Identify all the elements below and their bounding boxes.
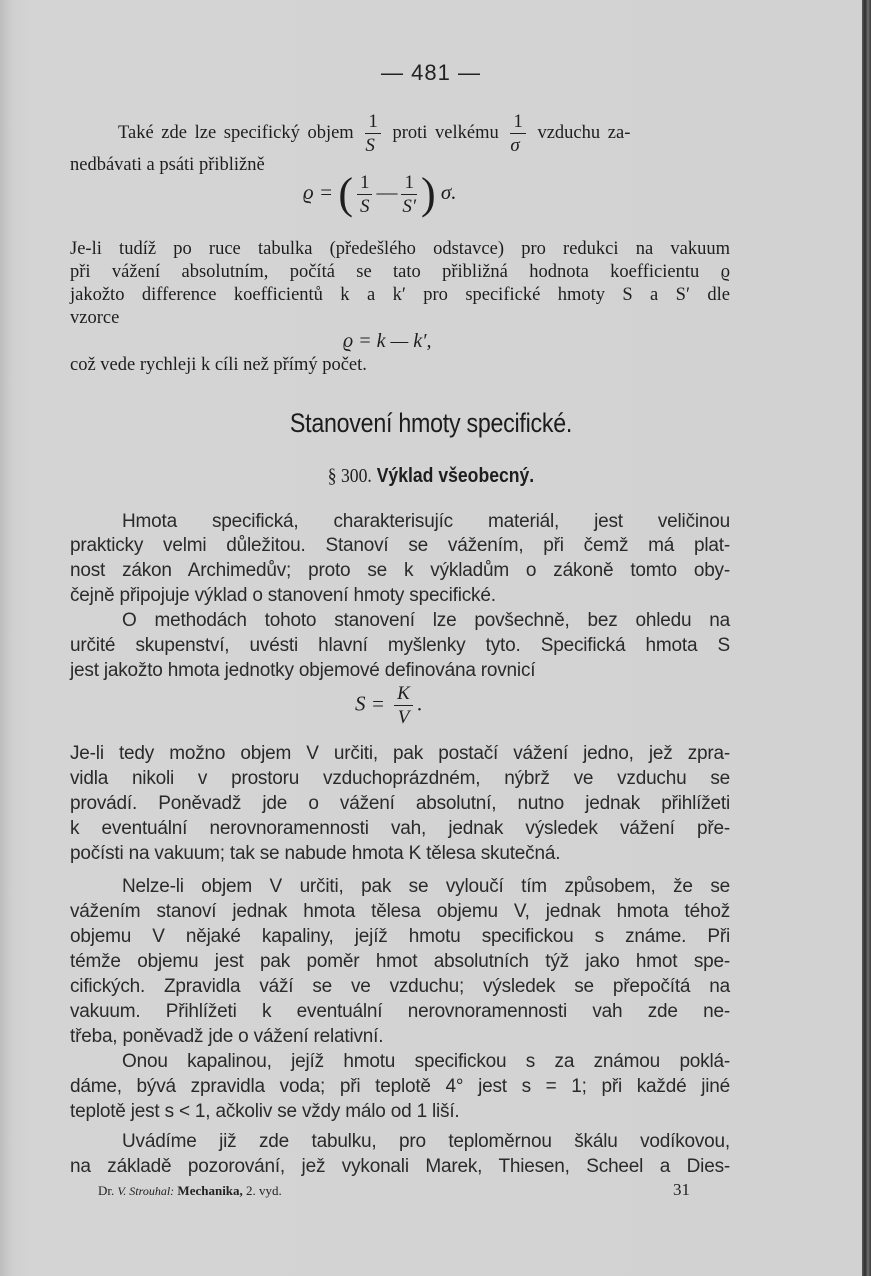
fraction-one-over-s: 1 S: [357, 173, 373, 216]
section-title: Stanovení hmoty specifické.: [60, 408, 801, 439]
paragraph-line: teplotě jest s < 1, ačkoliv se vždy málo…: [70, 1100, 730, 1124]
fraction-numerator: 1: [357, 173, 373, 195]
paragraph-line: na základě pozorování, jež vykonali Mare…: [70, 1155, 730, 1179]
paragraph-line: nost zákon Archimedův; proto se k výklad…: [70, 559, 730, 583]
paragraph-line: prakticky velmi důležitou. Stanoví se vá…: [70, 534, 730, 558]
footer-signature: Dr. V. Strouhal: Mechanika, 2. vyd.: [98, 1183, 698, 1199]
paragraph-line: při vážení absolutním, počítá se tato př…: [70, 260, 730, 284]
paragraph-line: určité skupenství, uvésti hlavní myšlenk…: [70, 634, 730, 658]
paragraph-line: k eventuální nerovnoramennosti vah, jedn…: [70, 817, 730, 841]
fraction-one-over-sigma: 1 σ: [510, 112, 526, 155]
minus-sign: —: [376, 180, 397, 204]
book-page: — 481 — Také zde lze specifický objem 1 …: [0, 0, 862, 1276]
formula-density: S = K V .: [355, 684, 422, 727]
page-edge-shadow: [862, 0, 871, 1276]
footer-sheet-number: 31: [650, 1180, 690, 1200]
fraction-one-over-s: 1 S: [365, 112, 381, 155]
fraction-denominator: V: [394, 706, 413, 727]
formula-rho-k: ϱ = k — k′,: [343, 330, 432, 353]
paragraph-line: témže objemu jest pak poměr hmot absolut…: [70, 950, 730, 974]
paragraph-line: Hmota specifická, charakterisujíc materi…: [70, 510, 730, 534]
intro-text-b: proti velkému: [392, 123, 498, 143]
fraction-denominator: S: [357, 195, 373, 216]
formula-rho-approx: ϱ = ( 1 S — 1 S′ ) σ.: [303, 172, 457, 216]
paragraph-line: cifických. Zpravidla váží se ve vzduchu;…: [70, 975, 730, 999]
paragraph-line: jakožto difference koefficientů k a k′ p…: [70, 283, 730, 307]
paragraph-line: Onou kapalinou, jejíž hmotu specifickou …: [70, 1050, 730, 1074]
formula-lhs: ϱ =: [303, 180, 333, 204]
paragraph-line: vzorce: [70, 306, 730, 330]
paragraph-line: vidla nikoli v prostoru vzduchoprázdném,…: [70, 767, 730, 791]
footer-edition: 2. vyd.: [246, 1183, 282, 1198]
footer-prefix: Dr.: [98, 1183, 114, 1198]
intro-text-c: vzduchu za-: [537, 123, 630, 143]
right-paren: ): [421, 169, 436, 218]
paragraph-line: počísti na vakuum; tak se nabude hmota K…: [70, 842, 730, 866]
fraction-numerator: 1: [365, 112, 381, 134]
intro-line-1: Také zde lze specifický objem 1 S proti …: [70, 112, 730, 155]
paragraph-line: vakuum. Přihlížeti k eventuální nerovnor…: [70, 1000, 730, 1024]
paragraph-line: dáme, bývá zpravidla voda; při teplotě 4…: [70, 1075, 730, 1099]
fraction-numerator: K: [394, 684, 413, 706]
paragraph-line: O methodách tohoto stanovení lze povšech…: [70, 609, 730, 633]
intro-line-2: nedbávati a psáti přibližně: [70, 153, 265, 177]
paragraph-line: vážením stanoví jednak hmota tělesa obje…: [70, 900, 730, 924]
footer-author: V. Strouhal:: [118, 1184, 175, 1198]
paragraph-line: Je-li tudíž po ruce tabulka (předešlého …: [70, 237, 730, 261]
paragraph-line: objemu V nějaké kapaliny, jejíž hmotu sp…: [70, 925, 730, 949]
subsection-title: Výklad všeobecný.: [377, 465, 535, 487]
footer-book-title: Mechanika,: [177, 1183, 242, 1198]
intro-text-a: Také zde lze specifický objem: [70, 123, 354, 143]
paragraph-line: čejně připojuje výklad o stanovení hmoty…: [70, 584, 730, 608]
formula-lhs: S =: [355, 691, 385, 715]
paragraph-line: Nelze-li objem V určiti, pak se vyloučí …: [70, 875, 730, 899]
paragraph-line: Je-li tedy možno objem V určiti, pak pos…: [70, 742, 730, 766]
section-number: § 300.: [328, 465, 372, 487]
fraction-denominator: σ: [510, 134, 526, 155]
paragraph-line: což vede rychleji k cíli než přímý počet…: [70, 353, 730, 377]
paragraph-line: jest jakožto hmota jednotky objemové def…: [70, 659, 730, 683]
paragraph-line: provádí. Poněvadž jde o vážení absolutní…: [70, 792, 730, 816]
fraction-one-over-s-prime: 1 S′: [401, 173, 417, 216]
fraction-numerator: 1: [510, 112, 526, 134]
page-number: — 481 —: [0, 60, 862, 86]
fraction-numerator: 1: [401, 173, 417, 195]
paragraph-line: třeba, poněvadž jde o vážení relativní.: [70, 1025, 730, 1049]
formula-suffix: σ.: [441, 180, 457, 204]
left-paren: (: [338, 169, 353, 218]
fraction-denominator: S: [365, 134, 381, 155]
fraction-k-over-v: K V: [394, 684, 413, 727]
paragraph-line: Uvádíme již zde tabulku, pro teploměrnou…: [70, 1130, 730, 1154]
formula-suffix: .: [417, 691, 422, 715]
subsection-heading: § 300. Výklad všeobecný.: [52, 465, 811, 488]
fraction-denominator: S′: [401, 195, 417, 216]
